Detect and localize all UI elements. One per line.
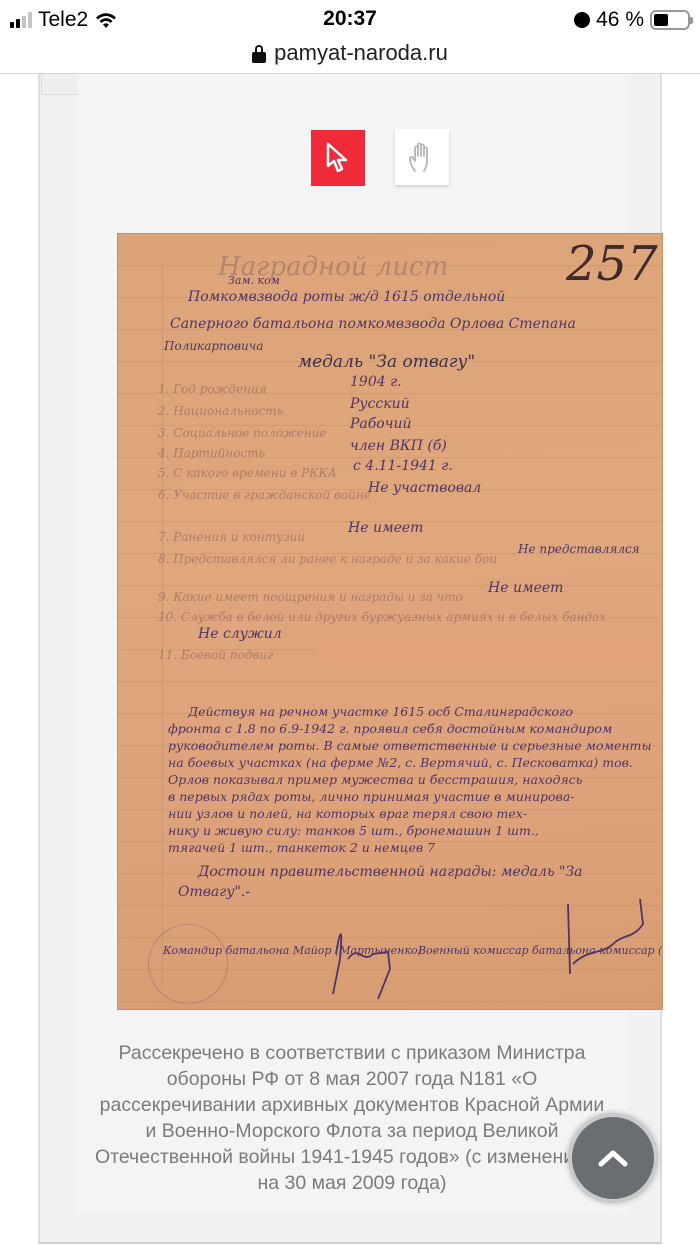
url-text: pamyat-naroda.ru	[274, 40, 448, 66]
select-tool-button[interactable]	[311, 130, 365, 186]
stamp	[148, 924, 228, 1004]
battery-icon	[650, 10, 690, 30]
status-right: 46 %	[574, 8, 690, 32]
document-viewer: Страница: из 119 Наградной лист 257 Зам.…	[38, 40, 662, 1244]
redacted-area	[318, 638, 663, 666]
chevron-up-icon	[598, 1148, 628, 1168]
sheet-number: 257	[566, 236, 658, 292]
lock-icon	[252, 45, 266, 63]
hand-icon	[407, 141, 437, 173]
viewer-panel: Наградной лист 257 Зам. ком Помкомвзвода…	[78, 40, 626, 1213]
battery-percent: 46 %	[596, 8, 644, 32]
document-scan[interactable]: Наградной лист 257 Зам. ком Помкомвзвода…	[117, 233, 663, 1010]
address-bar[interactable]: pamyat-naroda.ru	[0, 32, 700, 74]
signature-commander	[318, 914, 418, 1004]
signature-commissar	[548, 894, 658, 994]
pan-tool-button[interactable]	[395, 129, 449, 185]
cursor-icon	[325, 142, 351, 174]
scroll-to-top-button[interactable]	[568, 1113, 658, 1203]
alarm-icon	[574, 12, 590, 28]
declassification-notice: Рассекречено в соответствии с приказом М…	[92, 1040, 612, 1196]
